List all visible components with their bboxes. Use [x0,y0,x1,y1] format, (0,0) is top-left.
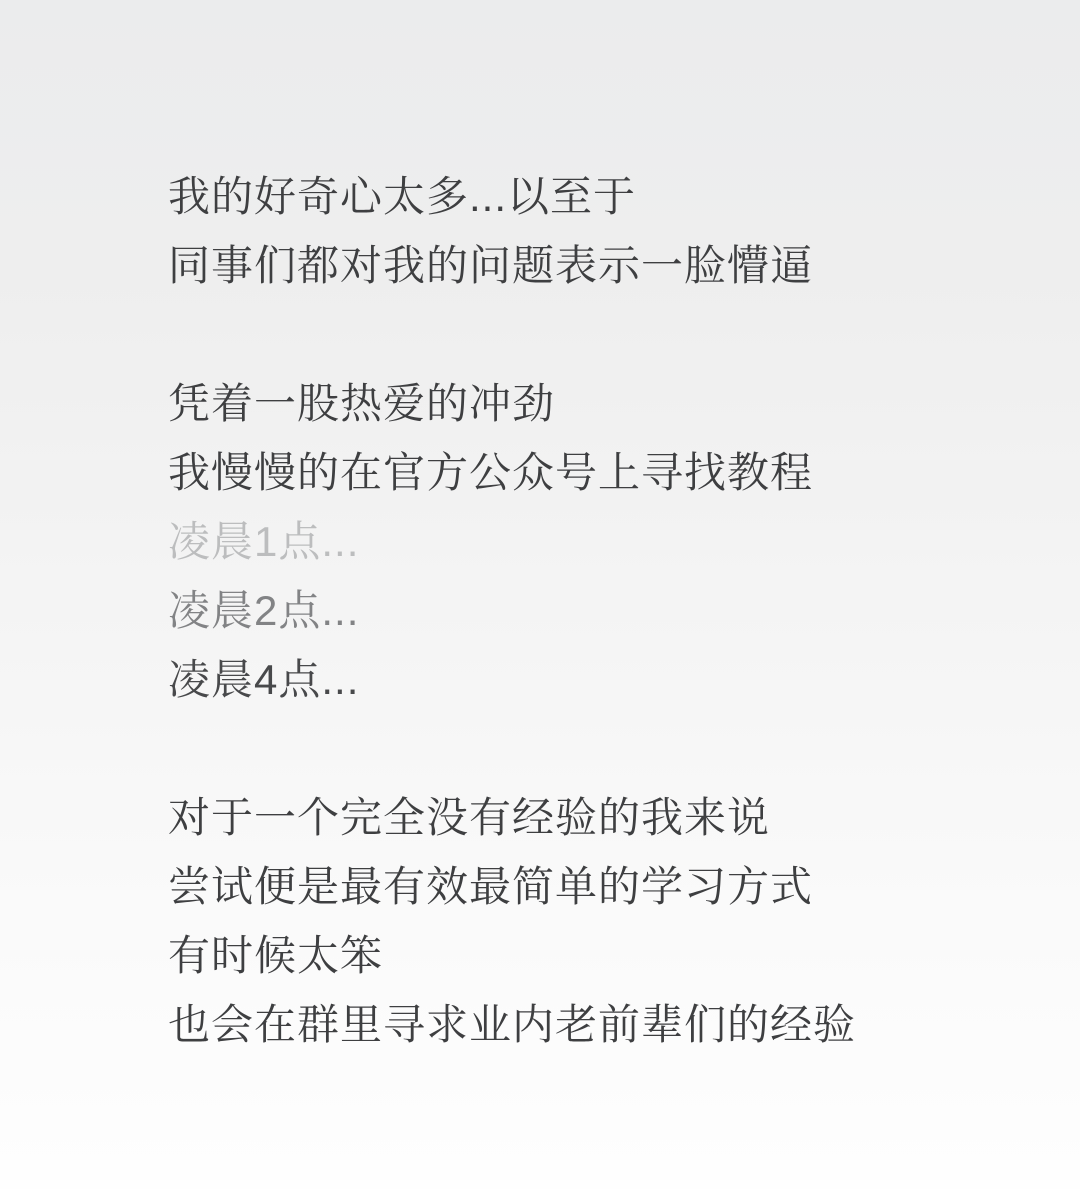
text-line: 对于一个完全没有经验的我来说 [168,783,856,852]
paragraph-late-nights: 凭着一股热爱的冲劲 我慢慢的在官方公众号上寻找教程 凌晨1点... 凌晨2点..… [168,369,856,714]
article-page: 我的好奇心太多...以至于 同事们都对我的问题表示一脸懵逼 凭着一股热爱的冲劲 … [0,0,1080,1189]
text-line: 我慢慢的在官方公众号上寻找教程 [168,438,856,507]
paragraph-learning: 对于一个完全没有经验的我来说 尝试便是最有效最简单的学习方式 有时候太笨 也会在… [168,783,856,1059]
paragraph-curiosity: 我的好奇心太多...以至于 同事们都对我的问题表示一脸懵逼 [168,162,856,300]
text-line: 也会在群里寻求业内老前辈们的经验 [168,990,856,1059]
text-line: 有时候太笨 [168,921,856,990]
text-line-faded-1am: 凌晨1点... [168,507,856,576]
text-line: 尝试便是最有效最简单的学习方式 [168,852,856,921]
text-line: 我的好奇心太多...以至于 [168,162,856,231]
text-line: 凭着一股热爱的冲劲 [168,369,856,438]
text-line-dark-4am: 凌晨4点... [168,645,856,714]
text-line-medium-2am: 凌晨2点... [168,576,856,645]
text-line: 同事们都对我的问题表示一脸懵逼 [168,231,856,300]
article-text-block: 我的好奇心太多...以至于 同事们都对我的问题表示一脸懵逼 凭着一股热爱的冲劲 … [168,162,856,1059]
